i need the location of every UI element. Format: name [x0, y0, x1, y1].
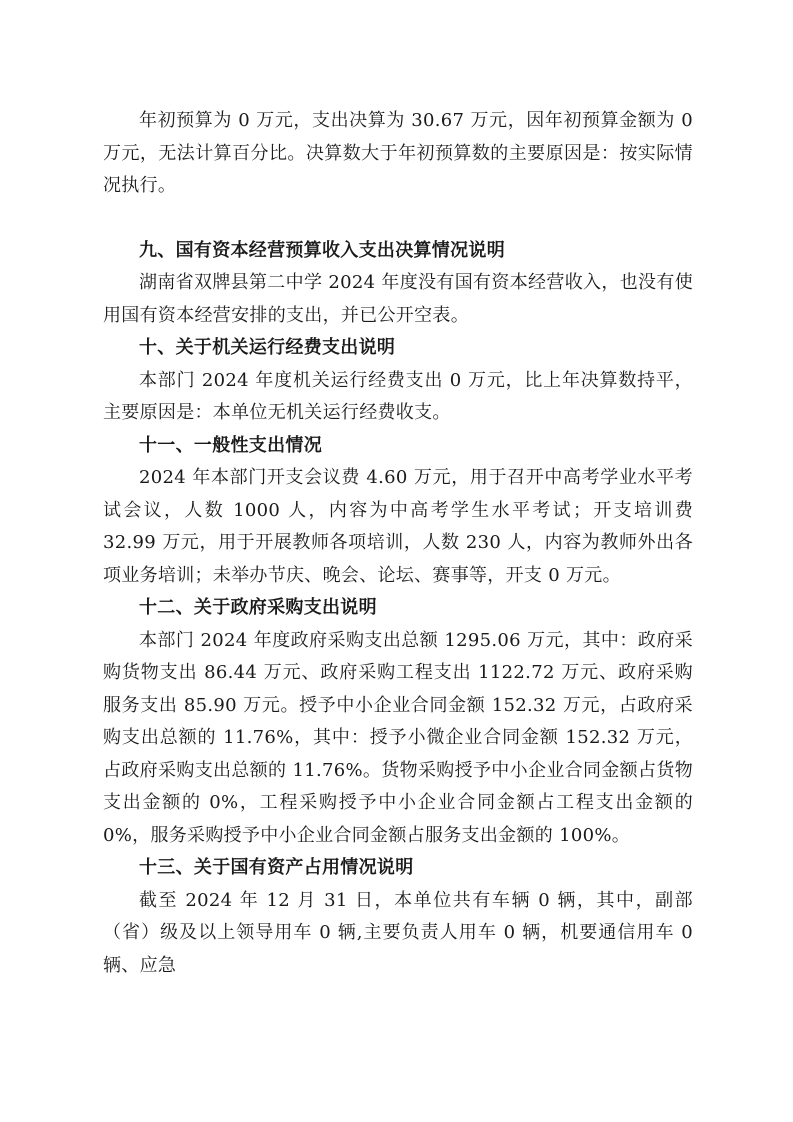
- section-heading: 十二、关于政府采购支出说明: [103, 592, 693, 625]
- paragraph-budget-intro: 年初预算为 0 万元，支出决算为 30.67 万元，因年初预算金额为 0 万元，…: [103, 105, 693, 203]
- document-page: 年初预算为 0 万元，支出决算为 30.67 万元，因年初预算金额为 0 万元，…: [103, 105, 693, 982]
- spacer: [103, 203, 693, 235]
- section-state-capital: 九、国有资本经营预算收入支出决算情况说明 湖南省双牌县第二中学 2024 年度没…: [103, 235, 693, 333]
- section-body: 截至 2024 年 12 月 31 日，本单位共有车辆 0 辆，其中，副部（省）…: [103, 885, 693, 983]
- section-general-expenditure: 十一、一般性支出情况 2024 年本部门开支会议费 4.60 万元，用于召开中高…: [103, 430, 693, 593]
- section-heading: 九、国有资本经营预算收入支出决算情况说明: [103, 235, 693, 268]
- section-body: 本部门 2024 年度机关运行经费支出 0 万元，比上年决算数持平，主要原因是：…: [103, 365, 693, 430]
- section-operating-expenses: 十、关于机关运行经费支出说明 本部门 2024 年度机关运行经费支出 0 万元，…: [103, 332, 693, 430]
- section-body: 湖南省双牌县第二中学 2024 年度没有国有资本经营收入，也没有使用国有资本经营…: [103, 267, 693, 332]
- section-heading: 十三、关于国有资产占用情况说明: [103, 852, 693, 885]
- section-body: 2024 年本部门开支会议费 4.60 万元，用于召开中高考学业水平考试会议，人…: [103, 462, 693, 592]
- section-body: 本部门 2024 年度政府采购支出总额 1295.06 万元，其中：政府采购货物…: [103, 625, 693, 853]
- section-state-assets: 十三、关于国有资产占用情况说明 截至 2024 年 12 月 31 日，本单位共…: [103, 852, 693, 982]
- section-heading: 十、关于机关运行经费支出说明: [103, 332, 693, 365]
- section-government-procurement: 十二、关于政府采购支出说明 本部门 2024 年度政府采购支出总额 1295.0…: [103, 592, 693, 852]
- section-heading: 十一、一般性支出情况: [103, 430, 693, 463]
